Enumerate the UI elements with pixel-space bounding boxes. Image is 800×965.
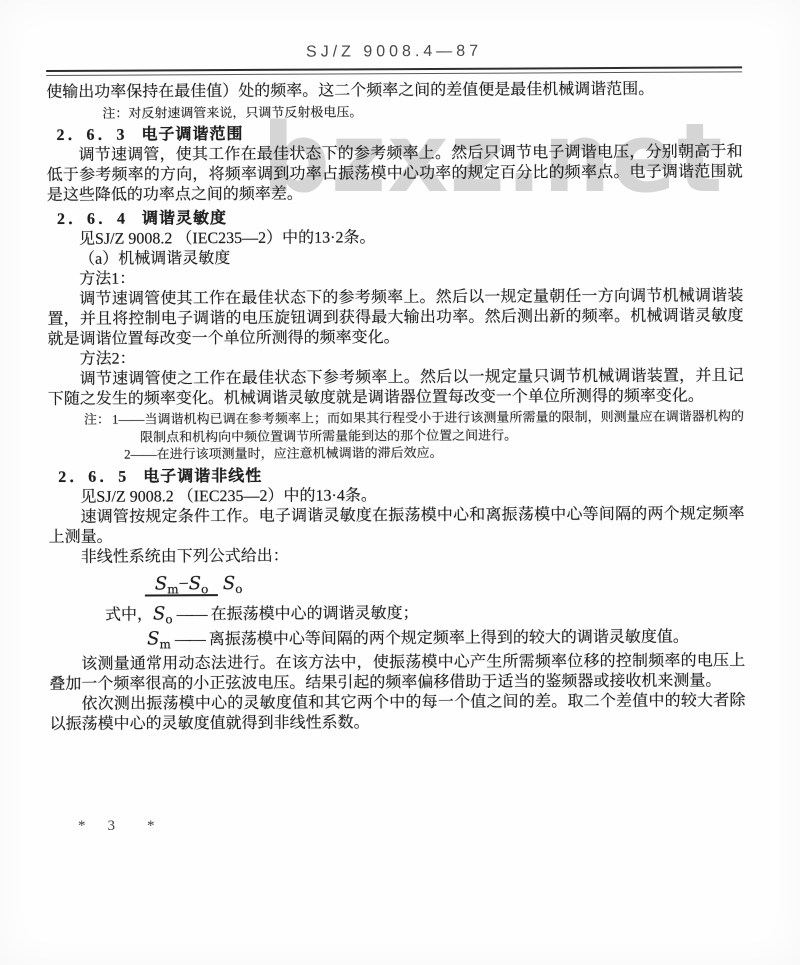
standard-code-header: SJ/Z 9008.4—87 (46, 40, 742, 64)
fraction: Sm−So So (145, 571, 243, 600)
method2-body: 调节速调管使之工作在最佳状态下参考频率上。然后以一规定量只调节机械调谐装置，并且… (48, 366, 744, 410)
so-description: 在振荡模中心的调谐灵敏度； (211, 605, 419, 623)
note-label: 注： (102, 106, 128, 121)
method1-body: 调节速调管使其工作在最佳状态下的参考频率上。然后以一规定量朝任一方向调节机械调谐… (47, 286, 743, 350)
footer-right-mark: * (147, 818, 155, 834)
subscript-o: o (165, 612, 172, 626)
footer-left-mark: * (78, 818, 86, 834)
subscript-m: m (159, 637, 170, 651)
paragraph-dynamic-method: 该测量通常用动态法进行。在该方法中，使振荡模中心产生所需频率位移的控制频率的电压… (49, 651, 745, 695)
section-number: 2．6．5 (58, 468, 129, 485)
where-intro: 式中， (105, 606, 153, 623)
subscript-o: o (235, 581, 242, 595)
section-title: 调谐灵敏度 (142, 210, 227, 227)
paragraph-nonlinearity-coefficient: 依次测出振荡模中心的灵敏度值和其它两个中的每一个值之间的差。取二个差值中的较大者… (49, 691, 745, 735)
fraction-denominator: So (223, 571, 243, 592)
where-definition-sm: Sm——离振荡模中心等间隔的两个规定频率上得到的较大的调谐灵敏度值。 (49, 626, 745, 655)
subscript-o: o (201, 582, 208, 596)
where-definition-so: 式中，So——在振荡模中心的调谐灵敏度； (49, 601, 745, 630)
paragraph-electronic-tuning-range: 调节速调管，使其工作在最佳状态下的参考频率上。然后只调节电子调谐电压，分别朝高于… (47, 142, 743, 206)
section-number: 2．6．4 (57, 211, 128, 228)
paragraph-formula-intro: 非线性系统由下列公式给出： (49, 544, 745, 568)
symbol-s: S (155, 573, 167, 594)
sm-description: 离振荡模中心等间隔的两个规定频率上得到的较大的调谐灵敏度值。 (209, 628, 689, 648)
section-number: 2．6．3 (56, 127, 127, 144)
fraction-numerator: Sm−So (145, 573, 219, 596)
scanned-document-page: bzxz.net SJ/Z 9008.4—87 使输出功率保持在最佳值）处的频率… (0, 0, 800, 965)
symbol-s: S (189, 573, 201, 594)
definition-dash: —— (175, 631, 205, 648)
document-content: SJ/Z 9008.4—87 使输出功率保持在最佳值）处的频率。这二个频率之间的… (46, 40, 746, 734)
page-number: 3 (108, 818, 116, 834)
formula-nonlinearity: Sm−So So (145, 569, 745, 600)
note-item-2: 2——在进行该项测量时，应注意机械调谐的滞后效应。 (48, 442, 744, 463)
section-title: 电子调谐非线性 (143, 467, 262, 485)
note-item-1: 1——当调谐机构已调在参考频率上；而如果其行程受小于进行该测量所需量的限制，则测… (48, 407, 744, 446)
header-rule (46, 66, 742, 76)
note-reflex-klystron: 注：对反射速调管来说，只调节反射极电压。 (46, 101, 742, 122)
note-text: 对反射速调管来说，只调节反射极电压。 (128, 104, 362, 120)
minus-sign: − (179, 573, 189, 593)
page-number-footer: *3* (78, 818, 155, 835)
notes-block: 注： 1——当调谐机构已调在参考频率上；而如果其行程受小于进行该测量所需量的限制… (48, 407, 744, 463)
section-title: 电子调谐范围 (141, 126, 243, 144)
symbol-s: S (153, 603, 165, 624)
notes-label: 注： (84, 411, 110, 429)
subscript-m: m (167, 582, 178, 596)
paragraph-measure-conditions: 速调管按规定条件工作。电子调谐灵敏度在振荡模中心和离振荡模中心等间隔的两个规定频… (48, 504, 744, 548)
symbol-s: S (223, 573, 235, 594)
symbol-s: S (147, 628, 159, 649)
definition-dash: —— (177, 606, 207, 623)
paragraph-continuation: 使输出功率保持在最佳值）处的频率。这二个频率之间的差值便是最佳机械调谐范围。 (46, 79, 742, 103)
